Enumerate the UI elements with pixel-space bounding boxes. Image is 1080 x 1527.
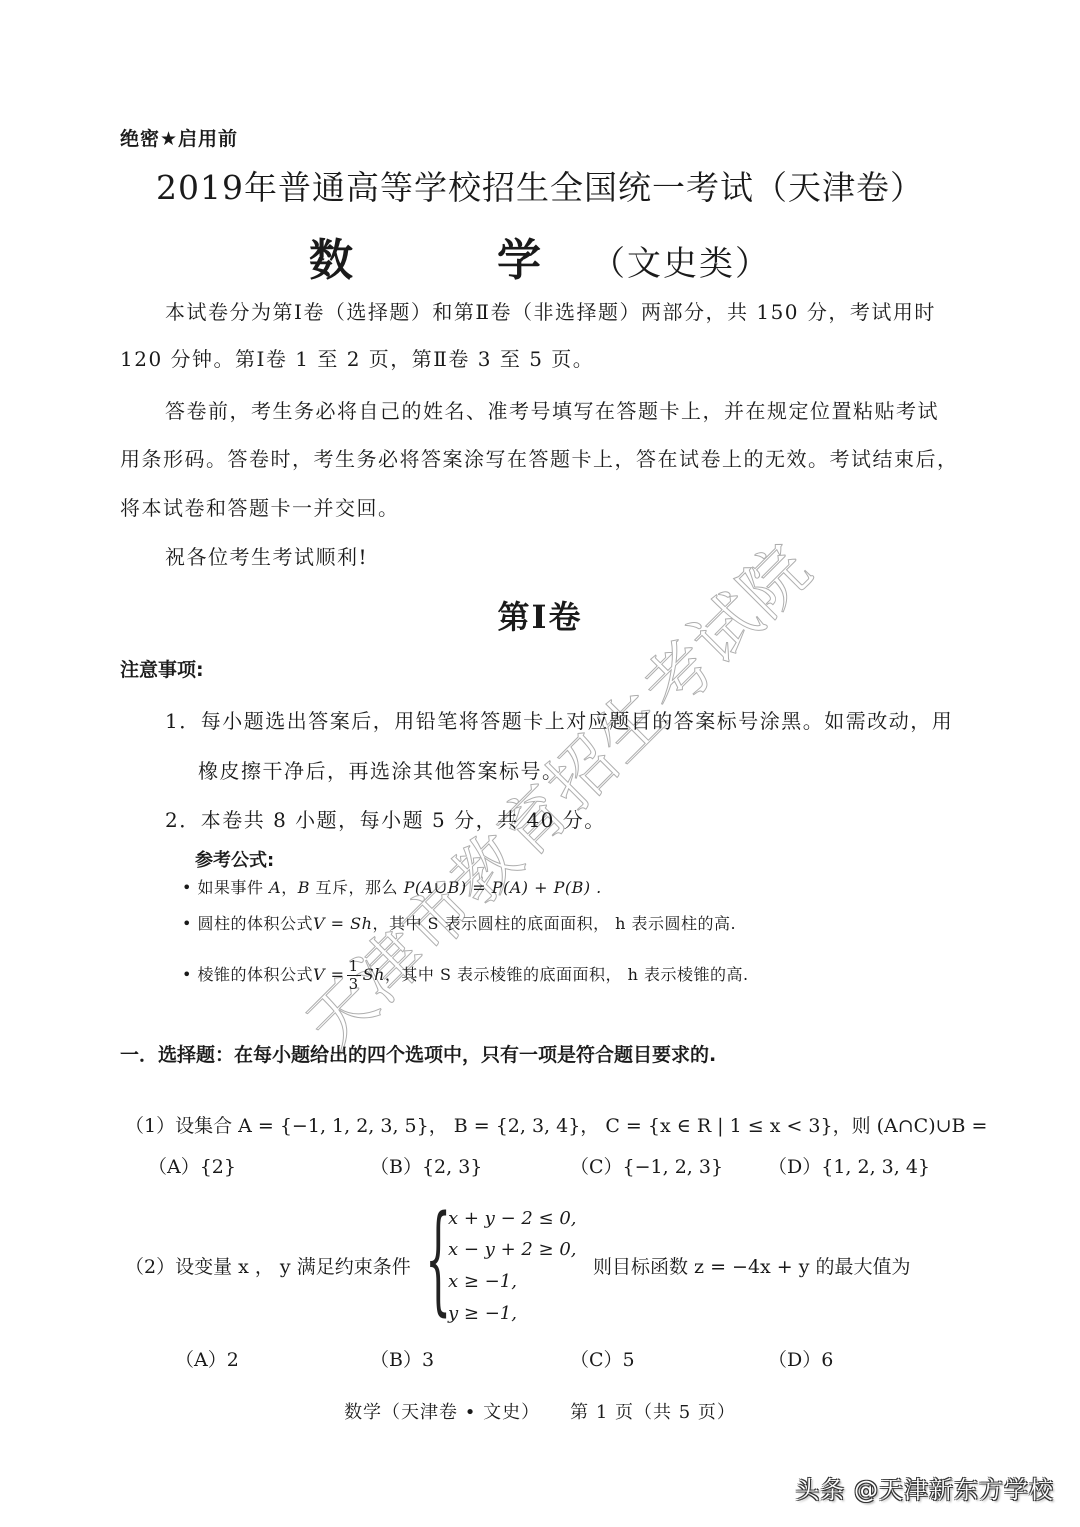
exam-title: 2019年普通高等学校招生全国统一考试（天津卷） — [0, 162, 1080, 209]
notice-item-1-line-1: 1．每小题选出答案后，用铅笔将答题卡上对应题目的答案标号涂黑。如需改动，用 — [165, 705, 953, 734]
intro-paragraph-1-line-2: 120 分钟。第Ⅰ卷 1 至 2 页，第Ⅱ卷 3 至 5 页。 — [120, 343, 594, 372]
intro-paragraph-1-line-1: 本试卷分为第Ⅰ卷（选择题）和第Ⅱ卷（非选择题）两部分，共 150 分，考试用时 — [165, 296, 936, 325]
footer-subject: 数学（天津卷 • 文史） — [344, 1402, 540, 1423]
fraction: 13 — [347, 958, 361, 993]
volume-title: 第Ⅰ卷 — [0, 592, 1080, 638]
formula-heading: 参考公式: — [195, 846, 274, 872]
constraint-2: x − y + 2 ≥ 0, — [448, 1239, 577, 1260]
question-2-option-d: （D）6 — [768, 1345, 833, 1372]
intro-paragraph-2-line-3: 将本试卷和答题卡一并交回。 — [120, 492, 400, 521]
formula-text: ，其中 S 表示棱锥的底面面积， h 表示棱锥的高. — [385, 965, 749, 984]
subject-title: 数 学（文史类） — [0, 224, 1080, 288]
notice-item-2: 2．本卷共 8 小题，每小题 5 分，共 40 分。 — [165, 804, 606, 833]
formula-text: • 圆柱的体积公式 — [182, 914, 313, 933]
question-2-option-b: （B）3 — [370, 1345, 434, 1372]
formula-text: ，其中 S 表示圆柱的底面面积， h 表示圆柱的高. — [372, 914, 736, 933]
question-2-option-a: （A）2 — [175, 1345, 239, 1372]
subject-category: （文史类） — [591, 244, 771, 284]
question-1-stem: （1）设集合 A = {−1, 1, 2, 3, 5}， B = {2, 3, … — [125, 1111, 987, 1138]
fraction-denominator: 3 — [347, 976, 361, 993]
section-heading: 一．选择题：在每小题给出的四个选项中，只有一项是符合题目要求的. — [120, 1040, 716, 1067]
formula-probability: • 如果事件 A，B 互斥，那么 P(A∪B) = P(A) + P(B) . — [182, 875, 602, 898]
intro-good-luck: 祝各位考生考试顺利! — [165, 541, 368, 570]
formula-text: 互斥，那么 — [310, 878, 404, 897]
subject-name: 数 学 — [309, 235, 591, 286]
secret-label: 绝密★启用前 — [120, 124, 238, 151]
math-expression: P(A∪B) = P(A) + P(B) . — [404, 878, 602, 897]
page-footer: 数学（天津卷 • 文史）第 1 页（共 5 页） — [0, 1398, 1080, 1424]
formula-text: ， — [281, 878, 298, 897]
constraint-4: y ≥ −1, — [448, 1303, 517, 1324]
question-2-objective: 则目标函数 z = −4x + y 的最大值为 — [593, 1252, 911, 1279]
math-expression: Sh — [363, 965, 385, 984]
question-2-stem: （2）设变量 x ， y 满足约束条件 — [125, 1252, 411, 1279]
math-var: B — [298, 878, 310, 897]
constraint-3: x ≥ −1, — [448, 1271, 517, 1292]
math-var: A — [269, 878, 281, 897]
formula-text: • 棱锥的体积公式 — [182, 965, 313, 984]
intro-paragraph-2-line-1: 答卷前，考生务必将自己的姓名、准考号填写在答题卡上，并在规定位置粘贴考试 — [165, 395, 939, 424]
question-1-option-c: （C）{−1, 2, 3} — [570, 1152, 723, 1179]
question-1-option-a: （A）{2} — [148, 1152, 236, 1179]
constraint-1: x + y − 2 ≤ 0, — [448, 1208, 577, 1229]
brand-watermark: 头条 @天津新东方学校 — [795, 1470, 1054, 1505]
fraction-numerator: 1 — [347, 958, 361, 976]
question-1-option-b: （B）{2, 3} — [370, 1152, 482, 1179]
formula-text: • 如果事件 — [182, 878, 269, 897]
formula-cylinder-volume: • 圆柱的体积公式V = Sh，其中 S 表示圆柱的底面面积， h 表示圆柱的高… — [182, 911, 736, 934]
notice-heading: 注意事项: — [120, 655, 204, 682]
math-expression: V = — [313, 965, 345, 984]
math-expression: V = Sh — [313, 914, 372, 933]
question-1-option-d: （D）{1, 2, 3, 4} — [768, 1152, 930, 1179]
formula-pyramid-volume: • 棱锥的体积公式V =13Sh，其中 S 表示棱锥的底面面积， h 表示棱锥的… — [182, 958, 749, 993]
intro-paragraph-2-line-2: 用条形码。答卷时，考生务必将答案涂写在答题卡上，答在试卷上的无效。考试结束后， — [120, 443, 959, 472]
notice-item-1-line-2: 橡皮擦干净后，再选涂其他答案标号。 — [198, 755, 564, 784]
footer-page-number: 第 1 页（共 5 页） — [570, 1402, 736, 1423]
question-2-option-c: （C）5 — [570, 1345, 635, 1372]
